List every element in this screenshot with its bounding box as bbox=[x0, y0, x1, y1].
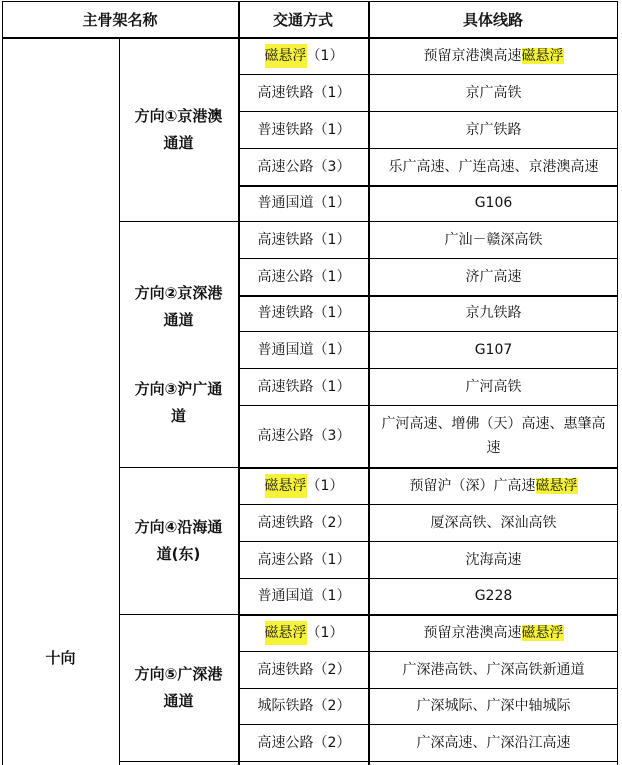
mode-text: 高速公路（1） bbox=[258, 265, 351, 289]
row-divider bbox=[238, 295, 618, 297]
route-text: 济广高速 bbox=[466, 269, 522, 285]
route-text-wrap: 广深城际、广深中轴城际 bbox=[417, 694, 571, 718]
mode-cell: 高速公路（1） bbox=[239, 541, 369, 578]
mode-text: 高速公路（1） bbox=[258, 548, 351, 572]
maglev-highlight: 磁悬浮 bbox=[265, 474, 307, 498]
route-text-wrap: 济广高速 bbox=[466, 265, 522, 289]
route-cell: 广河高铁 bbox=[370, 368, 617, 405]
route-text: 广汕－赣深高铁 bbox=[445, 232, 543, 248]
route-text: 预留京港澳高速 bbox=[424, 48, 522, 64]
header-route: 具体线路 bbox=[368, 1, 618, 38]
direction-5: 方向⑤广深港 通道 bbox=[119, 614, 238, 761]
mode-cell: 高速铁路（2） bbox=[239, 504, 369, 541]
row-divider bbox=[238, 541, 618, 542]
mode-text: 城际铁路（2） bbox=[258, 694, 351, 718]
mode-text: 普通国道（1） bbox=[258, 584, 351, 608]
route-text: G106 bbox=[475, 195, 513, 211]
route-text: 广深高速、广深沿江高速 bbox=[417, 735, 571, 751]
route-text-wrap: 京广高铁 bbox=[466, 81, 522, 105]
route-cell: 济广高速 bbox=[370, 258, 617, 295]
border-left bbox=[2, 1, 3, 765]
mode-cell: 普速铁路（1） bbox=[239, 111, 369, 148]
route-cell: G107 bbox=[370, 331, 617, 368]
row-divider bbox=[238, 74, 618, 75]
route-text: 乐广高速、广连高速、京港澳高速 bbox=[389, 159, 599, 175]
mode-cell: 磁悬浮（1） bbox=[239, 614, 369, 651]
route-cell: 广河高速、增佛（天）高速、惠肇高速 bbox=[370, 405, 617, 467]
mode-cell: 高速铁路（1） bbox=[239, 74, 369, 111]
maglev-highlight: 磁悬浮 bbox=[265, 44, 307, 68]
border-right bbox=[617, 1, 618, 765]
route-text: G107 bbox=[475, 342, 513, 358]
route-text-wrap: 预留京港澳高速磁悬浮 bbox=[424, 44, 564, 68]
maglev-highlight: 磁悬浮 bbox=[522, 625, 564, 641]
row-divider bbox=[238, 688, 618, 689]
route-text-wrap: 厦深高铁、深汕高铁 bbox=[431, 511, 557, 535]
route-text: 预留沪（深）广高速 bbox=[410, 478, 536, 494]
mode-text: 高速公路（2） bbox=[258, 731, 351, 755]
row-divider bbox=[238, 258, 618, 259]
route-text: 广河高铁 bbox=[466, 379, 522, 395]
row-divider bbox=[238, 368, 618, 369]
dir-divider-1 bbox=[119, 221, 238, 222]
route-text: 广深港高铁、广深高铁新通道 bbox=[403, 662, 585, 678]
route-cell: 预留京港澳高速磁悬浮 bbox=[370, 38, 617, 74]
divider-col3 bbox=[368, 1, 370, 765]
mode-text: 普速铁路（1） bbox=[258, 301, 351, 325]
route-cell: G228 bbox=[370, 578, 617, 614]
route-cell: 预留沪（深）广高速磁悬浮 bbox=[370, 467, 617, 504]
route-cell: 京广高铁 bbox=[370, 74, 617, 111]
route-text: 广深城际、广深中轴城际 bbox=[417, 698, 571, 714]
dir-divider-3 bbox=[119, 467, 238, 468]
row-divider bbox=[238, 111, 618, 112]
route-text-wrap: 京广铁路 bbox=[466, 118, 522, 142]
mode-text: （1） bbox=[307, 474, 344, 498]
header-transport-mode: 交通方式 bbox=[238, 1, 368, 38]
header-skeleton-name: 主骨架名称 bbox=[2, 1, 238, 38]
route-text-wrap: 广河高铁 bbox=[466, 375, 522, 399]
divider-col2 bbox=[238, 1, 240, 765]
route-text-wrap: 广深港高铁、广深高铁新通道 bbox=[403, 658, 585, 682]
direction-3-line1: 方向③沪广通 bbox=[135, 376, 223, 403]
mode-text: 高速铁路（1） bbox=[258, 228, 351, 252]
border-top bbox=[2, 1, 618, 2]
direction-2-line2: 通道 bbox=[163, 307, 193, 334]
mode-text: （1） bbox=[307, 44, 344, 68]
route-text-wrap: 预留京港澳高速磁悬浮 bbox=[424, 621, 564, 645]
mode-cell: 城际铁路（2） bbox=[239, 688, 369, 724]
route-text-wrap: 广深高速、广深沿江高速 bbox=[417, 731, 571, 755]
mode-cell: 普通国道（1） bbox=[239, 578, 369, 614]
route-text: 京广高铁 bbox=[466, 85, 522, 101]
mode-text: 高速铁路（2） bbox=[258, 511, 351, 535]
route-text-wrap: 乐广高速、广连高速、京港澳高速 bbox=[389, 155, 599, 179]
row-divider bbox=[238, 504, 618, 505]
route-text: 预留京港澳高速 bbox=[424, 625, 522, 641]
row-divider bbox=[238, 185, 618, 187]
mode-text: （1） bbox=[307, 621, 344, 645]
row-divider bbox=[238, 405, 618, 406]
route-cell: 乐广高速、广连高速、京港澳高速 bbox=[370, 148, 617, 185]
route-text-wrap: 沈海高速 bbox=[466, 548, 522, 572]
route-text-wrap: G228 bbox=[475, 584, 513, 608]
route-cell: 广汕－赣深高铁 bbox=[370, 221, 617, 258]
mode-text: 高速公路（3） bbox=[258, 424, 351, 448]
group-label: 十向 bbox=[2, 38, 119, 765]
row-divider bbox=[238, 614, 618, 616]
mode-cell: 高速公路（2） bbox=[239, 724, 369, 761]
direction-4-line1: 方向④沿海通 bbox=[135, 514, 223, 541]
route-cell: 广深港高铁、广深高铁新通道 bbox=[370, 651, 617, 688]
route-cell: G106 bbox=[370, 185, 617, 221]
dir-divider-4 bbox=[119, 614, 238, 615]
maglev-highlight: 磁悬浮 bbox=[522, 48, 564, 64]
route-text-wrap: 预留沪（深）广高速磁悬浮 bbox=[410, 474, 578, 498]
direction-3-line2: 道 bbox=[171, 403, 186, 430]
maglev-highlight: 磁悬浮 bbox=[536, 478, 578, 494]
row-divider bbox=[238, 221, 618, 222]
route-text: 沈海高速 bbox=[466, 552, 522, 568]
route-text: G228 bbox=[475, 588, 513, 604]
mode-cell: 高速铁路（1） bbox=[239, 368, 369, 405]
mode-text: 普速铁路（1） bbox=[258, 118, 351, 142]
mode-cell: 高速铁路（1） bbox=[239, 221, 369, 258]
route-text-wrap: 广汕－赣深高铁 bbox=[445, 228, 543, 252]
direction-2-line1: 方向②京深港 bbox=[135, 280, 223, 307]
mode-text: 高速公路（3） bbox=[258, 155, 351, 179]
mode-text: 高速铁路（2） bbox=[258, 658, 351, 682]
route-cell: 厦深高铁、深汕高铁 bbox=[370, 504, 617, 541]
direction-3: 方向③沪广通 道 bbox=[119, 367, 238, 467]
maglev-highlight: 磁悬浮 bbox=[265, 621, 307, 645]
direction-1-line2: 通道 bbox=[163, 130, 193, 157]
mode-cell: 高速公路（1） bbox=[239, 258, 369, 295]
direction-1-line1: 方向①京港澳 bbox=[135, 103, 223, 130]
direction-2: 方向②京深港 通道 bbox=[119, 221, 238, 367]
route-cell: 广深高速、广深沿江高速 bbox=[370, 724, 617, 761]
mode-cell: 普速铁路（1） bbox=[239, 295, 369, 331]
route-text-wrap: G107 bbox=[475, 338, 513, 362]
direction-4-line2: 道(东) bbox=[157, 541, 201, 568]
mode-text: 普通国道（1） bbox=[258, 338, 351, 362]
mode-text: 普通国道（1） bbox=[258, 191, 351, 215]
direction-5-line1: 方向⑤广深港 bbox=[135, 661, 223, 688]
route-cell: 京九铁路 bbox=[370, 295, 617, 331]
route-cell: 京广铁路 bbox=[370, 111, 617, 148]
route-cell: 广深城际、广深中轴城际 bbox=[370, 688, 617, 724]
divider-col1 bbox=[119, 38, 120, 765]
route-text-wrap: 京九铁路 bbox=[466, 301, 522, 325]
mode-cell: 磁悬浮（1） bbox=[239, 38, 369, 74]
mode-text: 高速铁路（1） bbox=[258, 81, 351, 105]
direction-1: 方向①京港澳 通道 bbox=[119, 38, 238, 221]
header-divider bbox=[2, 37, 618, 39]
row-divider bbox=[238, 724, 618, 725]
mode-cell: 高速铁路（2） bbox=[239, 651, 369, 688]
dir-divider-5 bbox=[119, 761, 618, 762]
row-divider bbox=[238, 467, 618, 469]
row-divider bbox=[238, 578, 618, 579]
route-cell: 沈海高速 bbox=[370, 541, 617, 578]
route-text-wrap: 广河高速、增佛（天）高速、惠肇高速 bbox=[376, 412, 611, 460]
row-divider bbox=[238, 651, 618, 652]
route-text-wrap: G106 bbox=[475, 191, 513, 215]
route-text: 厦深高铁、深汕高铁 bbox=[431, 515, 557, 531]
mode-cell: 普通国道（1） bbox=[239, 331, 369, 368]
row-divider bbox=[238, 148, 618, 149]
mode-cell: 高速公路（3） bbox=[239, 405, 369, 467]
mode-cell: 高速公路（3） bbox=[239, 148, 369, 185]
row-divider bbox=[238, 331, 618, 332]
mode-cell: 普通国道（1） bbox=[239, 185, 369, 221]
direction-5-line2: 通道 bbox=[163, 688, 193, 715]
route-cell: 预留京港澳高速磁悬浮 bbox=[370, 614, 617, 651]
mode-text: 高速铁路（1） bbox=[258, 375, 351, 399]
route-text: 广河高速、增佛（天）高速、惠肇高速 bbox=[382, 416, 606, 456]
direction-4: 方向④沿海通 道(东) bbox=[119, 467, 238, 614]
route-text: 京九铁路 bbox=[466, 305, 522, 321]
route-text: 京广铁路 bbox=[466, 122, 522, 138]
mode-cell: 磁悬浮（1） bbox=[239, 467, 369, 504]
